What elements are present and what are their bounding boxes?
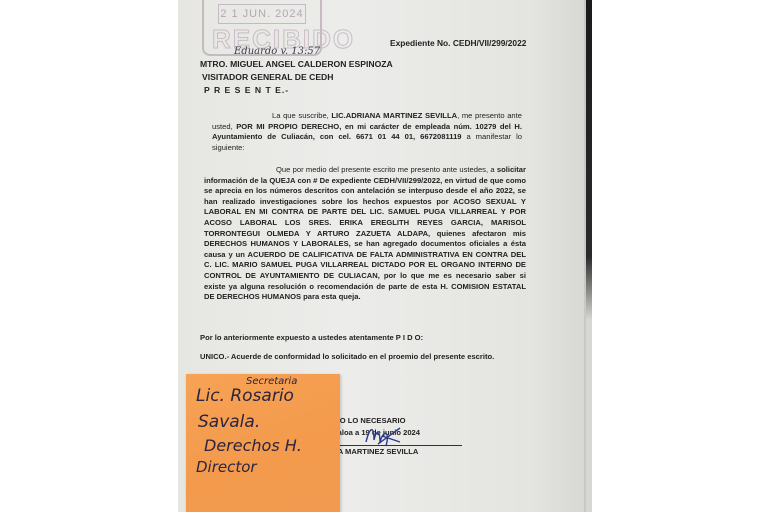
addressee-presente: P R E S E N T E.- <box>204 85 289 96</box>
signature-line <box>340 445 462 446</box>
body-lead: Que por medio del presente escrito me pr… <box>276 165 495 174</box>
signer-name: LIC.ADRIANA MARTINEZ SEVILLA <box>331 111 457 120</box>
sticky-line-4: Derechos H. <box>204 436 302 455</box>
body-paragraph: Que por medio del presente escrito me pr… <box>204 165 526 303</box>
sticky-note: Secretaria Lic. Rosario Savala. Derechos… <box>186 374 340 512</box>
stamp-date: 2 1 JUN. 2024 <box>218 4 306 24</box>
unico-clause: UNICO.- Acuerde de conformidad lo solici… <box>200 352 534 363</box>
paper-edge <box>584 0 586 512</box>
request-line: Por lo anteriormente expuesto a ustedes … <box>200 333 423 344</box>
addressee-name: MTRO. MIGUEL ANGEL CALDERON ESPINOZA <box>200 59 393 70</box>
intro-paragraph: La que suscribe, LIC.ADRIANA MARTINEZ SE… <box>212 111 522 153</box>
sticky-line-2: Lic. Rosario <box>196 386 294 406</box>
expediente-number: Expediente No. CEDH/VII/299/2022 <box>390 38 526 49</box>
signature-icon <box>360 422 404 452</box>
sticky-line-5: Director <box>196 458 257 476</box>
body-text: solicitar información de la QUEJA con # … <box>204 165 526 301</box>
addressee-title: VISITADOR GENERAL DE CEDH <box>202 72 333 83</box>
intro-lead: La que suscribe, <box>272 111 331 120</box>
received-note: Eduardo v. 13:57 <box>234 46 320 57</box>
sticky-line-3: Savala. <box>198 412 260 432</box>
